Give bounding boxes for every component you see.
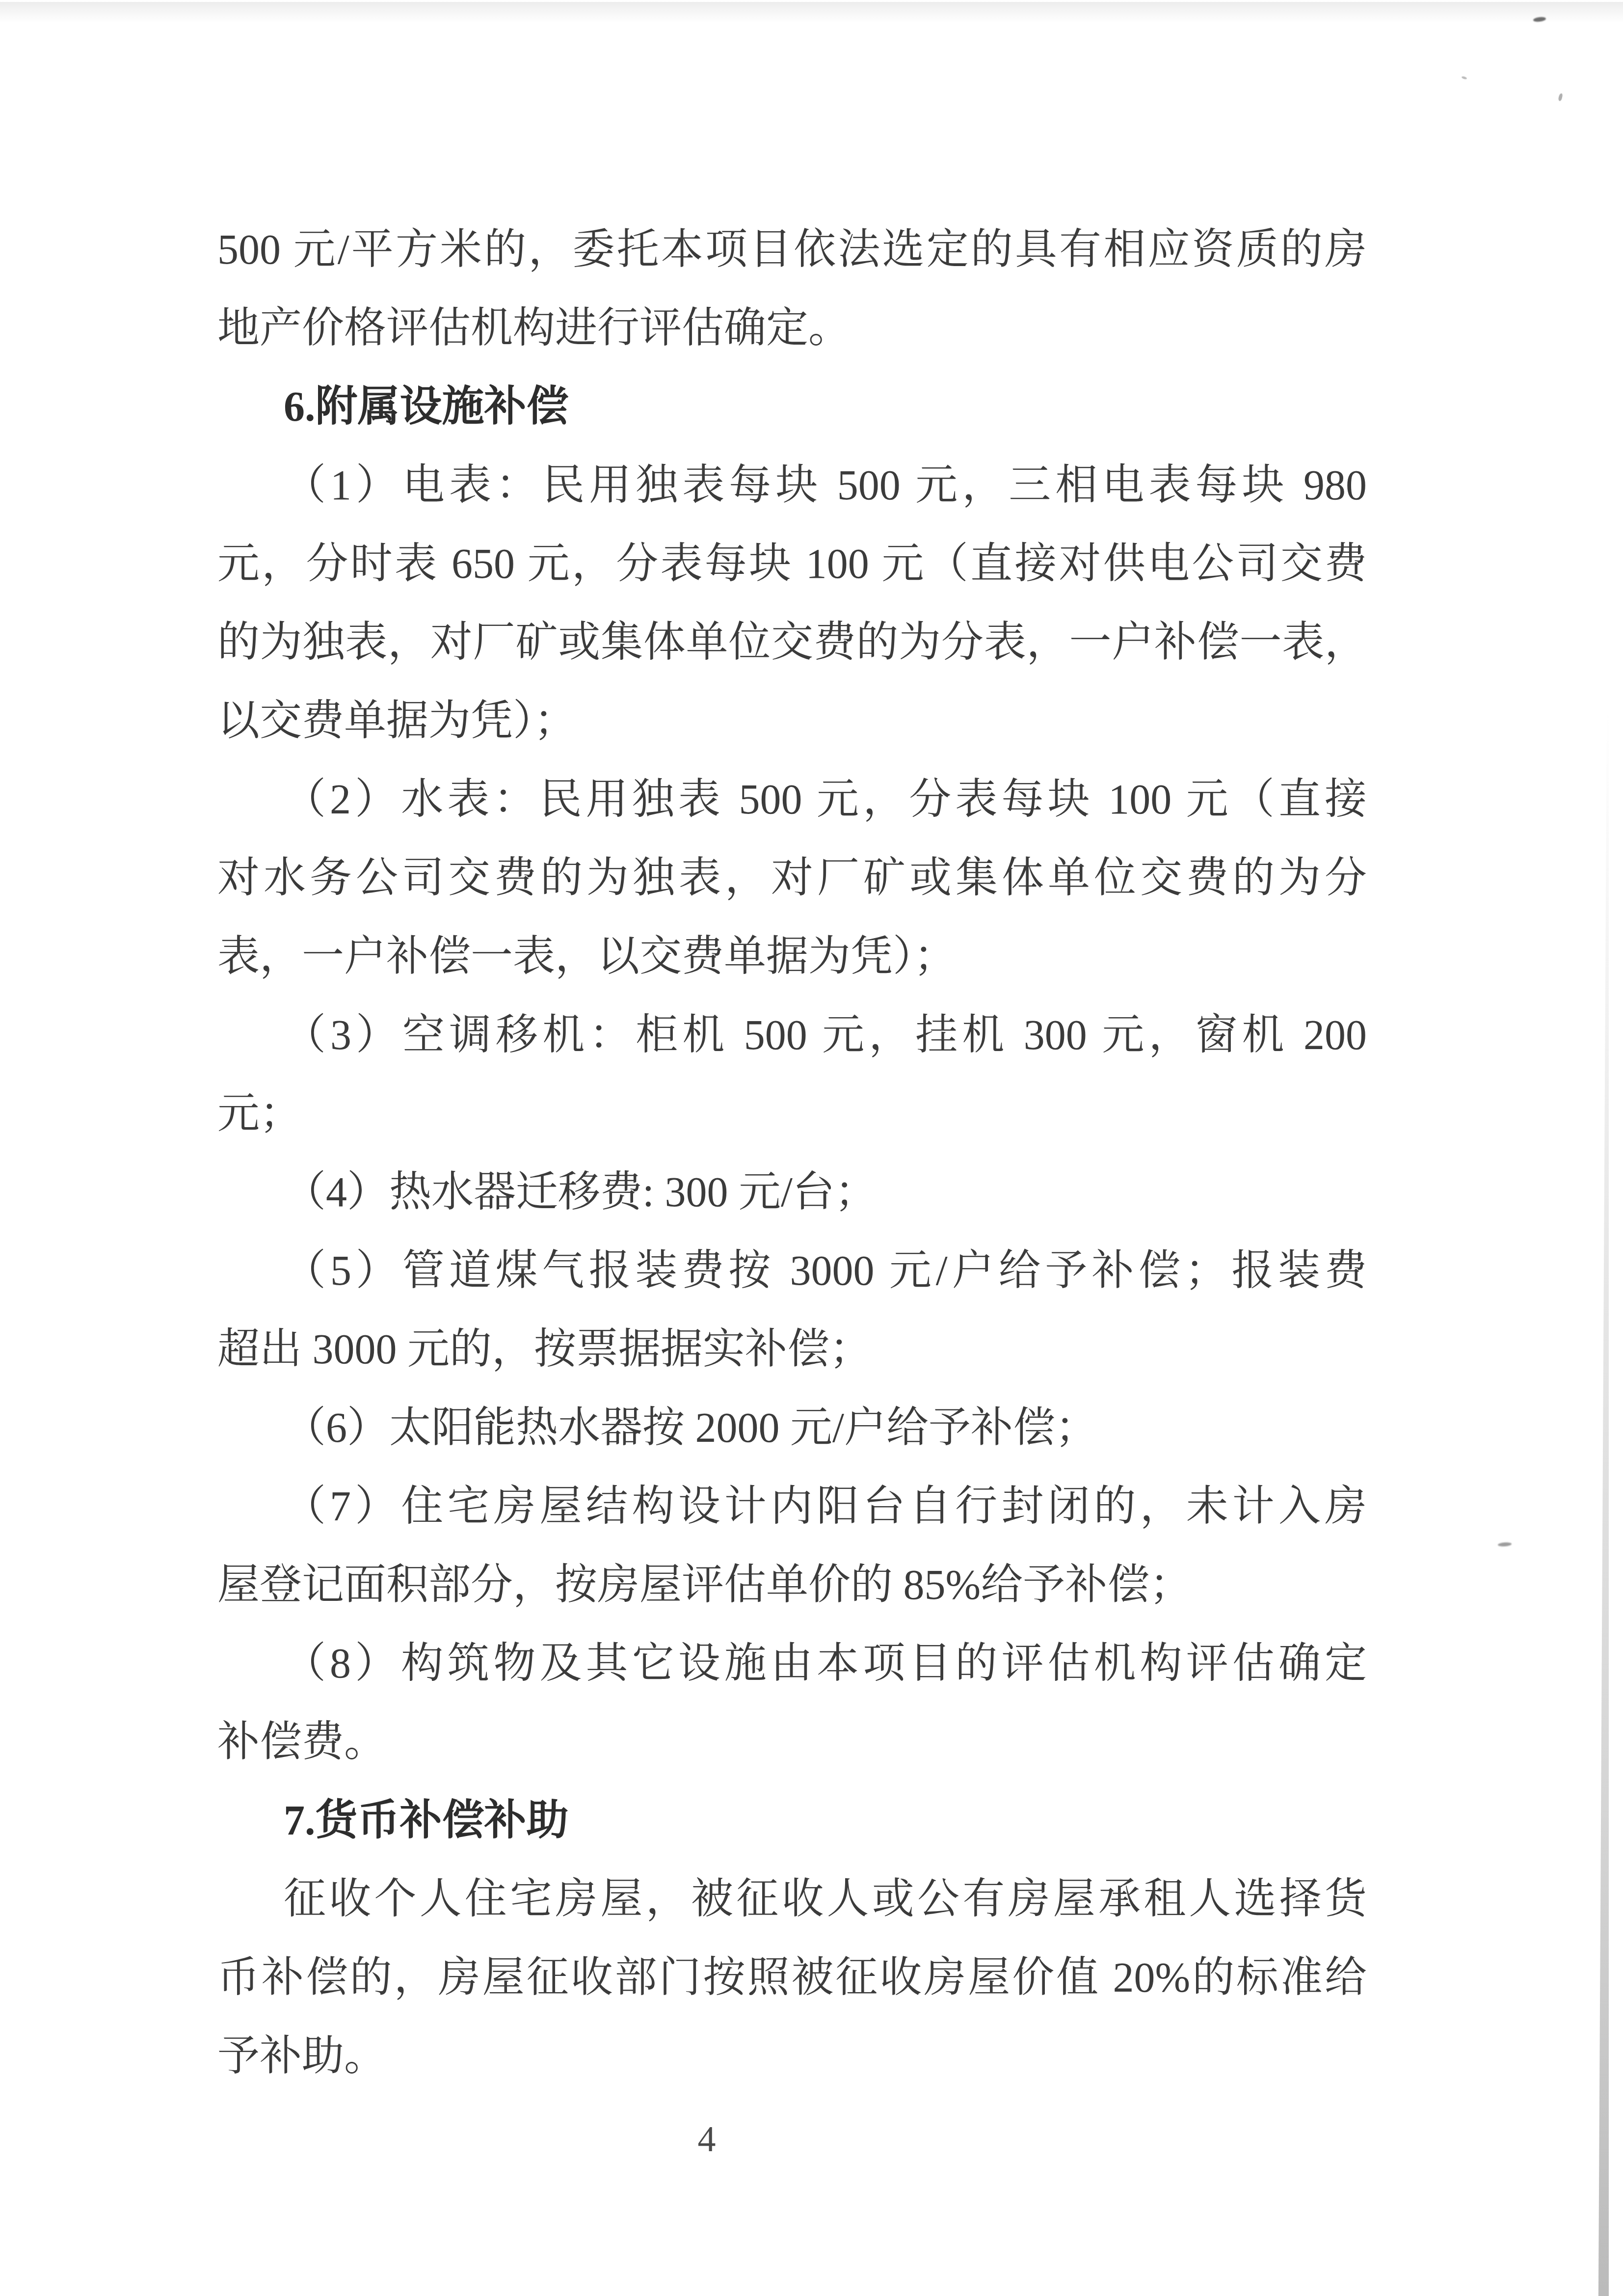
text-line: 的为独表，对厂矿或集体单位交费的为分表，一户补偿一表， bbox=[217, 603, 1367, 681]
text-line: （3）空调移机：柜机 500 元，挂机 300 元，窗机 200 bbox=[217, 996, 1367, 1074]
text-line: 补偿费。 bbox=[217, 1702, 1367, 1781]
page-number: 4 bbox=[685, 2115, 729, 2164]
text-line: 表，一户补偿一表，以交费单据为凭）； bbox=[217, 917, 1367, 996]
text-line: 500 元/平方米的，委托本项目依法选定的具有相应资质的房 bbox=[217, 210, 1367, 289]
text-line: （6）太阳能热水器按 2000 元/户给予补偿； bbox=[217, 1388, 1367, 1467]
scan-speck bbox=[1498, 1542, 1512, 1547]
text-line: （7）住宅房屋结构设计内阳台自行封闭的，未计入房 bbox=[217, 1467, 1367, 1545]
heading-line: 7.货币补偿补助 bbox=[217, 1781, 1367, 1860]
text-line: （5）管道煤气报装费按 3000 元/户给予补偿；报装费 bbox=[217, 1231, 1367, 1310]
text-line: 元； bbox=[217, 1074, 1367, 1153]
scan-speck bbox=[1461, 76, 1467, 80]
text-line: 以交费单据为凭）； bbox=[217, 681, 1367, 760]
scan-edge-shadow bbox=[1598, 707, 1609, 2296]
document-body: 500 元/平方米的，委托本项目依法选定的具有相应资质的房地产价格评估机构进行评… bbox=[217, 210, 1367, 2095]
text-line: （2）水表：民用独表 500 元，分表每块 100 元（直接 bbox=[217, 760, 1367, 838]
text-line: （1）电表：民用独表每块 500 元，三相电表每块 980 bbox=[217, 446, 1367, 524]
text-line: 征收个人住宅房屋，被征收人或公有房屋承租人选择货 bbox=[217, 1860, 1367, 1938]
text-line: 币补偿的，房屋征收部门按照被征收房屋价值 20%的标准给 bbox=[217, 1938, 1367, 2017]
text-line: 予补助。 bbox=[217, 2017, 1367, 2095]
document-page: 500 元/平方米的，委托本项目依法选定的具有相应资质的房地产价格评估机构进行评… bbox=[0, 0, 1623, 2296]
text-line: 屋登记面积部分，按房屋评估单价的 85%给予补偿； bbox=[217, 1545, 1367, 1624]
scan-speck bbox=[1558, 93, 1563, 101]
text-line: 超出 3000 元的，按票据据实补偿； bbox=[217, 1310, 1367, 1388]
text-line: （4）热水器迁移费: 300 元/台； bbox=[217, 1153, 1367, 1231]
heading-line: 6.附属设施补偿 bbox=[217, 367, 1367, 446]
scan-top-shadow bbox=[0, 2, 1623, 23]
text-line: 地产价格评估机构进行评估确定。 bbox=[217, 289, 1367, 367]
text-line: 对水务公司交费的为独表，对厂矿或集体单位交费的为分 bbox=[217, 838, 1367, 917]
text-line: 元，分时表 650 元，分表每块 100 元（直接对供电公司交费 bbox=[217, 524, 1367, 603]
text-line: （8）构筑物及其它设施由本项目的评估机构评估确定 bbox=[217, 1624, 1367, 1702]
